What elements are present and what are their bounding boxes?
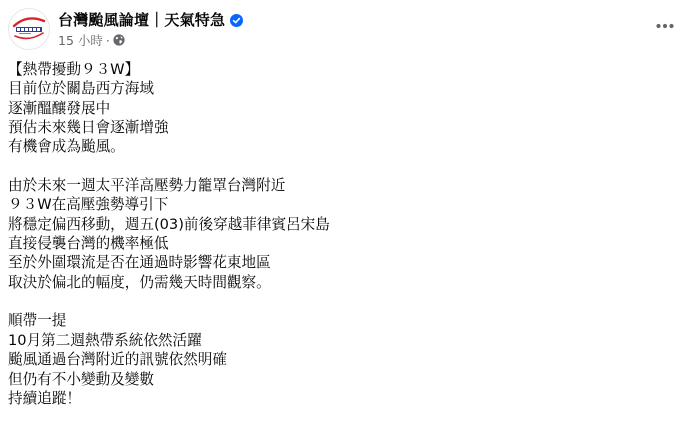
post-line: 至於外圍環流是否在通過時影響花東地區: [8, 253, 678, 272]
verified-badge-icon: [230, 13, 243, 26]
globe-icon[interactable]: [113, 34, 125, 46]
post-line: 直接侵襲台灣的機率極低: [8, 234, 678, 253]
post-line: 【熱帶擾動９３W】: [8, 60, 678, 79]
post-line-blank: [8, 292, 678, 311]
post-line: 順帶一提: [8, 311, 678, 330]
post-body-text: 【熱帶擾動９３W】 目前位於關島西方海域 逐漸醞釀發展中 預估未來幾日會逐漸增強…: [8, 60, 678, 408]
avatar[interactable]: [8, 8, 50, 50]
post-line-blank: [8, 157, 678, 176]
ellipsis-icon: [655, 23, 675, 29]
post-line: ９３W在高壓強勢導引下: [8, 195, 678, 214]
post-line: 取決於偏北的幅度，仍需幾天時間觀察。: [8, 273, 678, 292]
post-line: 有機會成為颱風。: [8, 137, 678, 156]
post-line: 10月第二週熱帶系統依然活躍: [8, 331, 678, 350]
meta-separator: ·: [106, 33, 110, 48]
post-meta: 15 小時 ·: [58, 31, 125, 49]
post-line: 持續追蹤！: [8, 389, 678, 408]
post-timestamp-link[interactable]: 15 小時: [58, 31, 103, 49]
post-line: 逐漸醞釀發展中: [8, 99, 678, 118]
author-name-link[interactable]: 台灣颱風論壇｜天氣特急: [58, 9, 225, 30]
post-line: 但仍有不小變動及變數: [8, 370, 678, 389]
post-header: 台灣颱風論壇｜天氣特急 15 小時 ·: [0, 0, 693, 56]
post-line: 目前位於關島西方海域: [8, 79, 678, 98]
post-line: 將穩定偏西移動，週五(03)前後穿越菲律賓呂宋島: [8, 215, 678, 234]
post-line: 由於未來一週太平洋高壓勢力籠罩台灣附近: [8, 176, 678, 195]
post-line: 預估未來幾日會逐漸增強: [8, 118, 678, 137]
taiwan-typhoon-forum-logo-icon: [9, 9, 49, 49]
author-line: 台灣颱風論壇｜天氣特急: [58, 9, 243, 30]
more-options-button[interactable]: [647, 12, 683, 40]
post-line: 颱風通過台灣附近的訊號依然明確: [8, 350, 678, 369]
